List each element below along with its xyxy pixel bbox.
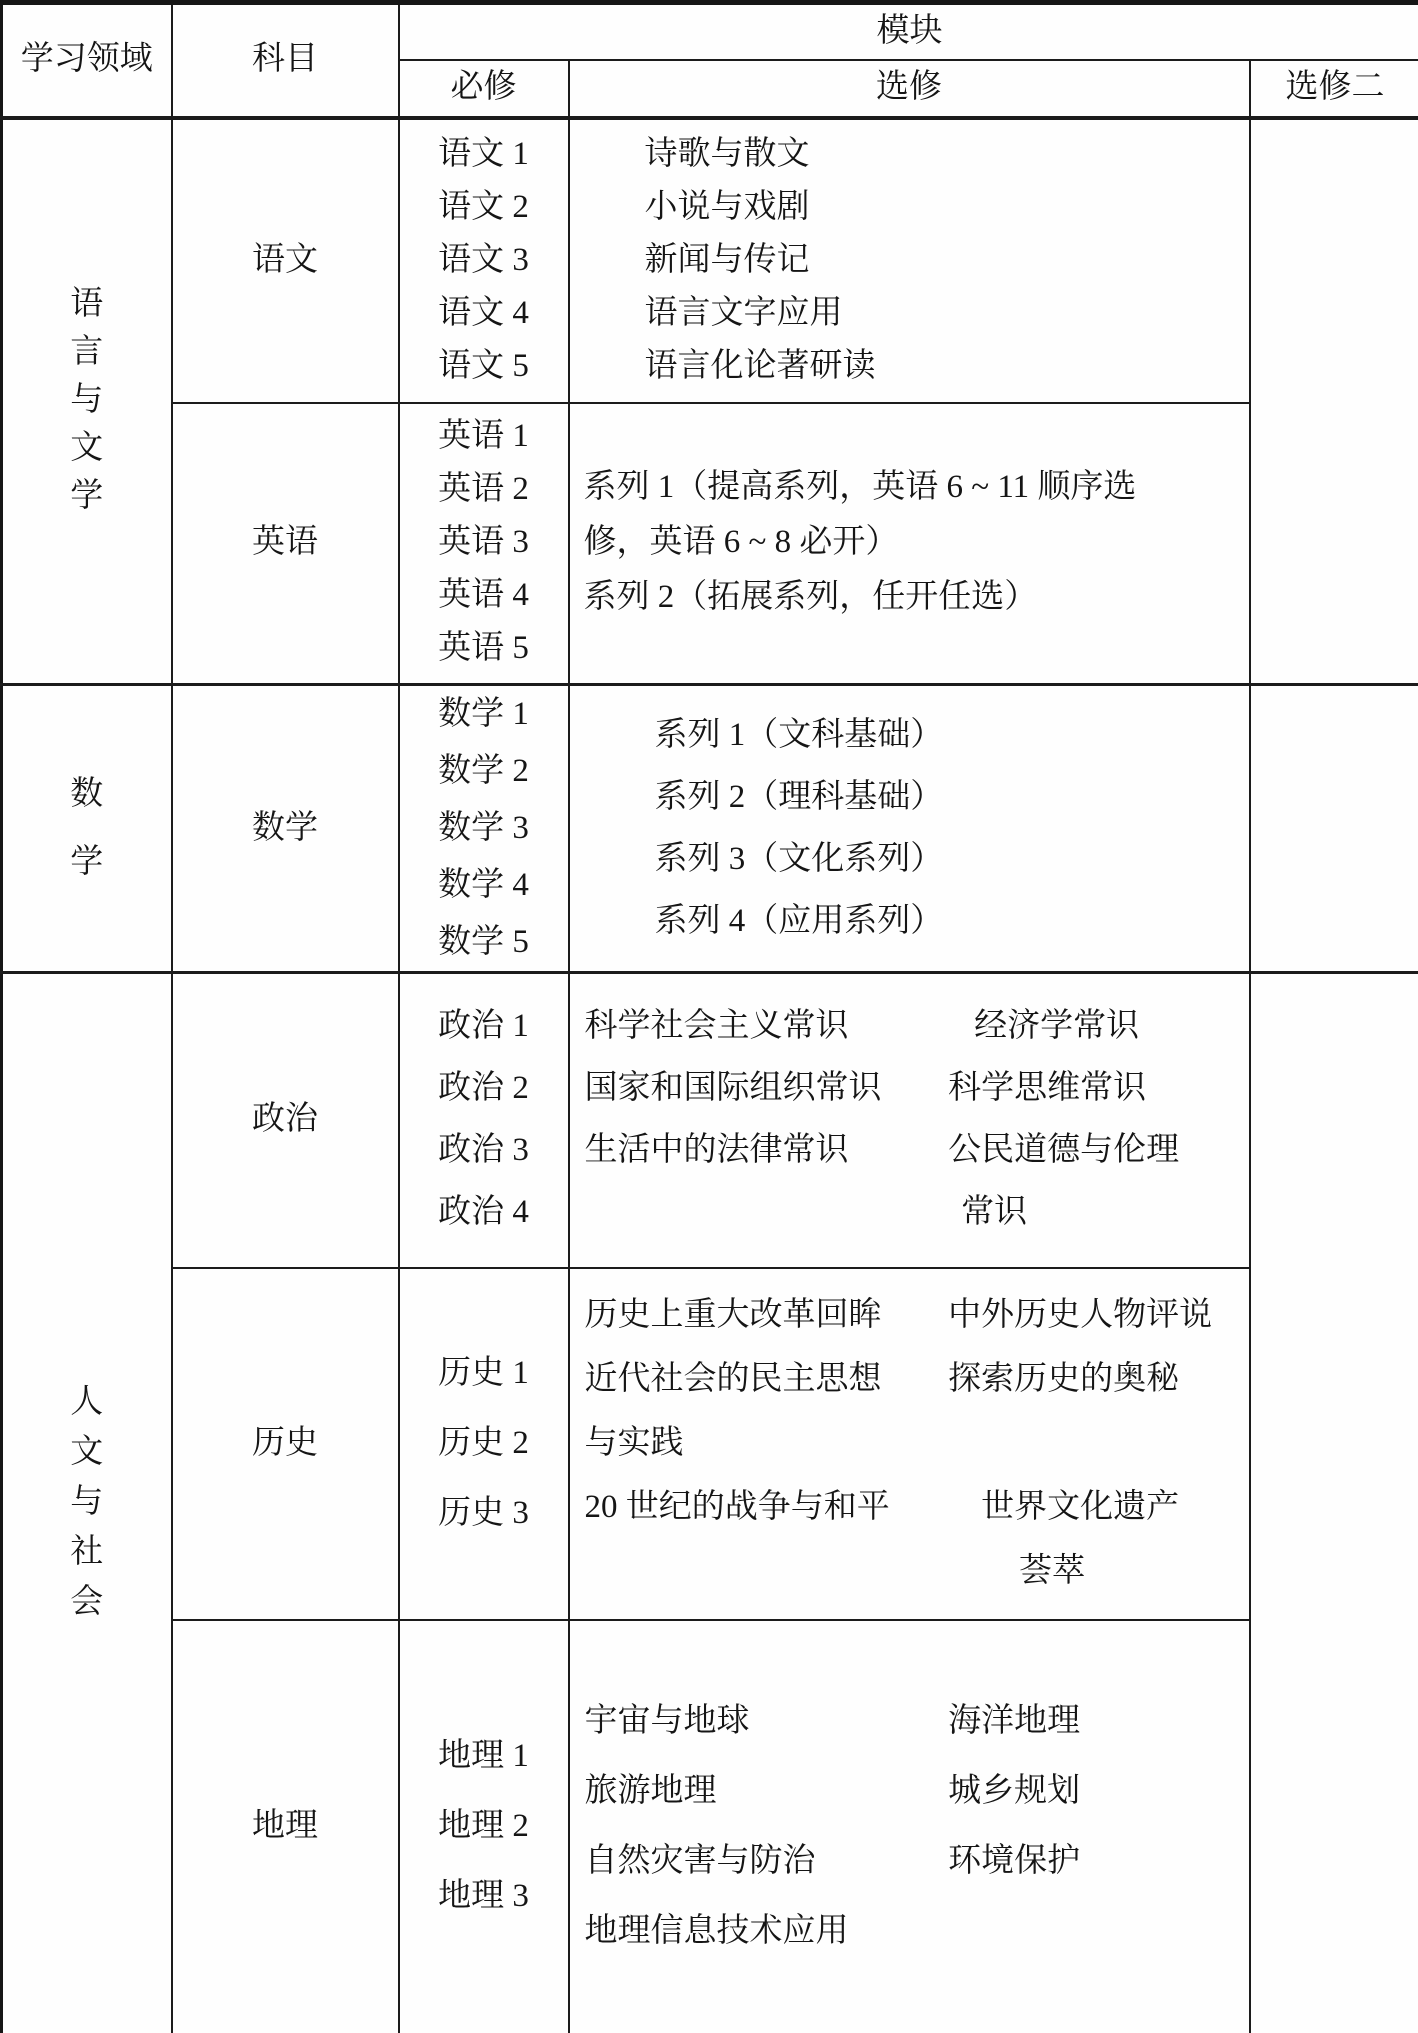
- text-line: 数学 3: [400, 800, 568, 857]
- text-line: 数学 2: [400, 743, 568, 800]
- text-line: 语文 5: [400, 340, 568, 393]
- subject-chinese: 语文: [172, 118, 399, 403]
- text-line: 系列 2（理科基础）: [570, 767, 1249, 829]
- elective-right-item: 世界文化遗产: [936, 1488, 1248, 1528]
- text-line: 系列 2（拓展系列，任开任选）: [570, 571, 1249, 626]
- text-line: 修，英语 6 ~ 8 必开）: [570, 516, 1249, 571]
- elective-pair-line: 常识: [570, 1182, 1249, 1244]
- text-line: 政治 2: [400, 1058, 568, 1120]
- required-modules-politics: 政治 1政治 2政治 3政治 4: [399, 973, 569, 1268]
- text-line: 语言化论著研读: [570, 340, 1249, 393]
- table-row: 历史 历史 1历史 2历史 3 历史上重大改革回眸中外历史人物评说近代社会的民主…: [2, 1268, 1418, 1620]
- subject-english: 英语: [172, 403, 399, 685]
- elective-left-item: 地理信息技术应用: [570, 1912, 937, 1952]
- text-line: 学: [3, 829, 171, 897]
- elective-right-item: 常识: [936, 1193, 1248, 1233]
- elective-right-item: 中外历史人物评说: [936, 1296, 1248, 1336]
- text-line: 英语 1: [400, 411, 568, 464]
- text-line: 与: [3, 377, 171, 425]
- area-humanities-society: 人文与社会: [2, 973, 172, 2033]
- elective-modules-geography: 宇宙与地球海洋地理旅游地理城乡规划自然灾害与防治环境保护地理信息技术应用: [569, 1620, 1250, 2033]
- elective-modules-english: 系列 1（提高系列，英语 6 ~ 11 顺序选修，英语 6 ~ 8 必开）系列 …: [569, 403, 1250, 685]
- header-subject: 科目: [172, 3, 399, 118]
- text-line: 地理 3: [400, 1862, 568, 1932]
- text-line: 与: [3, 1478, 171, 1528]
- elective-left-item: 历史上重大改革回眸: [570, 1296, 937, 1336]
- elective-pair-line: 国家和国际组织常识科学思维常识: [570, 1058, 1249, 1120]
- area-language-literature: 语言与文学: [2, 118, 172, 685]
- text-line: 语文 3: [400, 234, 568, 287]
- required-modules-geography: 地理 1地理 2地理 3: [399, 1620, 569, 2033]
- elective-right-item: 经济学常识: [936, 1007, 1248, 1047]
- text-line: 数学 4: [400, 857, 568, 914]
- text-line: 语: [3, 281, 171, 329]
- elective-right-item: 探索历史的奥秘: [936, 1360, 1248, 1400]
- elective2-empty-cell-1: [1250, 118, 1418, 685]
- subject-geography: 地理: [172, 1620, 399, 2033]
- elective-two-column-list: 宇宙与地球海洋地理旅游地理城乡规划自然灾害与防治环境保护地理信息技术应用: [570, 1687, 1249, 1967]
- curriculum-modules-table: 学习领域 科目 模块 必修 选修 选修二 语言与文学 语文 语文 1语文 2语文…: [0, 0, 1418, 2033]
- elective-pair-line: 地理信息技术应用: [570, 1897, 1249, 1967]
- text-line: 数: [3, 761, 171, 829]
- scanned-table-page: 学习领域 科目 模块 必修 选修 选修二 语言与文学 语文 语文 1语文 2语文…: [0, 0, 1418, 2033]
- elective-left-item: 国家和国际组织常识: [570, 1069, 937, 1109]
- elective-left-item: 20 世纪的战争与和平: [570, 1488, 937, 1528]
- elective-right-item: 城乡规划: [936, 1772, 1248, 1812]
- elective-pair-line: 近代社会的民主思想探索历史的奥秘: [570, 1348, 1249, 1412]
- subject-history: 历史: [172, 1268, 399, 1620]
- elective-paragraph: 系列 1（提高系列，英语 6 ~ 11 顺序选修，英语 6 ~ 8 必开）系列 …: [570, 461, 1249, 626]
- required-list: 数学 1数学 2数学 3数学 4数学 5: [400, 686, 568, 971]
- elective-pair-line: 旅游地理城乡规划: [570, 1757, 1249, 1827]
- elective-pair-line: 生活中的法律常识公民道德与伦理: [570, 1120, 1249, 1182]
- table-row: 地理 地理 1地理 2地理 3 宇宙与地球海洋地理旅游地理城乡规划自然灾害与防治…: [2, 1620, 1418, 2033]
- text-line: 会: [3, 1578, 171, 1628]
- text-line: 语文 1: [400, 128, 568, 181]
- text-line: 小说与戏剧: [570, 181, 1249, 234]
- text-line: 文: [3, 1428, 171, 1478]
- text-line: 语言文字应用: [570, 287, 1249, 340]
- elective-right-item: 科学思维常识: [936, 1069, 1248, 1109]
- text-line: 地理 2: [400, 1792, 568, 1862]
- required-modules-history: 历史 1历史 2历史 3: [399, 1268, 569, 1620]
- text-line: 历史 2: [400, 1409, 568, 1479]
- elective-right-item: 环境保护: [936, 1842, 1248, 1882]
- elective-modules-history: 历史上重大改革回眸中外历史人物评说近代社会的民主思想探索历史的奥秘与实践20 世…: [569, 1268, 1250, 1620]
- text-line: 系列 4（应用系列）: [570, 891, 1249, 953]
- text-line: 系列 1（提高系列，英语 6 ~ 11 顺序选: [570, 461, 1249, 516]
- elective-left-item: 旅游地理: [570, 1772, 937, 1812]
- elective-pair-line: 历史上重大改革回眸中外历史人物评说: [570, 1284, 1249, 1348]
- elective-pair-line: 宇宙与地球海洋地理: [570, 1687, 1249, 1757]
- header-learning-area: 学习领域: [2, 3, 172, 118]
- text-line: 系列 1（文科基础）: [570, 705, 1249, 767]
- text-line: 数学 5: [400, 914, 568, 971]
- elective-list: 系列 1（文科基础）系列 2（理科基础）系列 3（文化系列）系列 4（应用系列）: [570, 705, 1249, 953]
- text-line: 英语 5: [400, 623, 568, 676]
- required-modules-math: 数学 1数学 2数学 3数学 4数学 5: [399, 685, 569, 973]
- required-modules-chinese: 语文 1语文 2语文 3语文 4语文 5: [399, 118, 569, 403]
- text-line: 地理 1: [400, 1722, 568, 1792]
- required-list: 地理 1地理 2地理 3: [400, 1722, 568, 1932]
- elective-pair-line: 与实践: [570, 1412, 1249, 1476]
- text-line: 政治 1: [400, 996, 568, 1058]
- required-list: 政治 1政治 2政治 3政治 4: [400, 996, 568, 1244]
- text-line: 历史 1: [400, 1339, 568, 1409]
- text-line: 新闻与传记: [570, 234, 1249, 287]
- area-math: 数学: [2, 685, 172, 973]
- elective-list: 诗歌与散文小说与戏剧新闻与传记语言文字应用语言化论著研读: [570, 128, 1249, 393]
- subject-politics: 政治: [172, 973, 399, 1268]
- elective-left-item: 宇宙与地球: [570, 1702, 937, 1742]
- header-required: 必修: [399, 60, 569, 118]
- table-row: 人文与社会 政治 政治 1政治 2政治 3政治 4 科学社会主义常识经济学常识国…: [2, 973, 1418, 1268]
- elective-two-column-list: 科学社会主义常识经济学常识国家和国际组织常识科学思维常识生活中的法律常识公民道德…: [570, 996, 1249, 1244]
- elective-pair-line: 荟萃: [570, 1540, 1249, 1604]
- table-row: 语言与文学 语文 语文 1语文 2语文 3语文 4语文 5 诗歌与散文小说与戏剧…: [2, 118, 1418, 403]
- elective-pair-line: 自然灾害与防治环境保护: [570, 1827, 1249, 1897]
- elective-modules-politics: 科学社会主义常识经济学常识国家和国际组织常识科学思维常识生活中的法律常识公民道德…: [569, 973, 1250, 1268]
- text-line: 学: [3, 473, 171, 521]
- elective-left-item: 与实践: [570, 1424, 937, 1464]
- text-line: 历史 3: [400, 1479, 568, 1549]
- required-list: 英语 1英语 2英语 3英语 4英语 5: [400, 411, 568, 676]
- text-line: 政治 4: [400, 1182, 568, 1244]
- subject-math: 数学: [172, 685, 399, 973]
- text-line: 数学 1: [400, 686, 568, 743]
- elective-left-item: 近代社会的民主思想: [570, 1360, 937, 1400]
- text-line: 政治 3: [400, 1120, 568, 1182]
- elective-pair-line: 20 世纪的战争与和平世界文化遗产: [570, 1476, 1249, 1540]
- text-line: 语文 4: [400, 287, 568, 340]
- elective-modules-chinese: 诗歌与散文小说与戏剧新闻与传记语言文字应用语言化论著研读: [569, 118, 1250, 403]
- area-vertical-label: 语言与文学: [3, 281, 171, 521]
- text-line: 诗歌与散文: [570, 128, 1249, 181]
- header-elective: 选修: [569, 60, 1250, 118]
- required-modules-english: 英语 1英语 2英语 3英语 4英语 5: [399, 403, 569, 685]
- text-line: 英语 4: [400, 570, 568, 623]
- required-list: 历史 1历史 2历史 3: [400, 1339, 568, 1549]
- elective-left-item: 生活中的法律常识: [570, 1131, 937, 1171]
- table-row: 英语 英语 1英语 2英语 3英语 4英语 5 系列 1（提高系列，英语 6 ~…: [2, 403, 1418, 685]
- elective-pair-line: 科学社会主义常识经济学常识: [570, 996, 1249, 1058]
- elective-two-column-list: 历史上重大改革回眸中外历史人物评说近代社会的民主思想探索历史的奥秘与实践20 世…: [570, 1284, 1249, 1604]
- text-line: 语文 2: [400, 181, 568, 234]
- text-line: 英语 2: [400, 464, 568, 517]
- text-line: 社: [3, 1528, 171, 1578]
- text-line: 人: [3, 1378, 171, 1428]
- elective2-empty-cell-2: [1250, 685, 1418, 973]
- elective-left-item: 自然灾害与防治: [570, 1842, 937, 1882]
- elective-right-item: 海洋地理: [936, 1702, 1248, 1742]
- text-line: 文: [3, 425, 171, 473]
- required-list: 语文 1语文 2语文 3语文 4语文 5: [400, 128, 568, 393]
- header-module: 模块: [399, 3, 1418, 60]
- text-line: 系列 3（文化系列）: [570, 829, 1249, 891]
- table-row: 学习领域 科目 模块: [2, 3, 1418, 60]
- elective2-empty-cell-3: [1250, 973, 1418, 2033]
- area-vertical-label: 数学: [3, 761, 171, 897]
- elective-left-item: 科学社会主义常识: [570, 1007, 937, 1047]
- text-line: 言: [3, 329, 171, 377]
- text-line: 英语 3: [400, 517, 568, 570]
- area-vertical-label: 人文与社会: [3, 1378, 171, 1628]
- elective-modules-math: 系列 1（文科基础）系列 2（理科基础）系列 3（文化系列）系列 4（应用系列）: [569, 685, 1250, 973]
- elective-right-item: 荟萃: [936, 1552, 1248, 1592]
- header-elective2: 选修二: [1250, 60, 1418, 118]
- elective-right-item: 公民道德与伦理: [936, 1131, 1248, 1171]
- table-row: 数学 数学 数学 1数学 2数学 3数学 4数学 5 系列 1（文科基础）系列 …: [2, 685, 1418, 973]
